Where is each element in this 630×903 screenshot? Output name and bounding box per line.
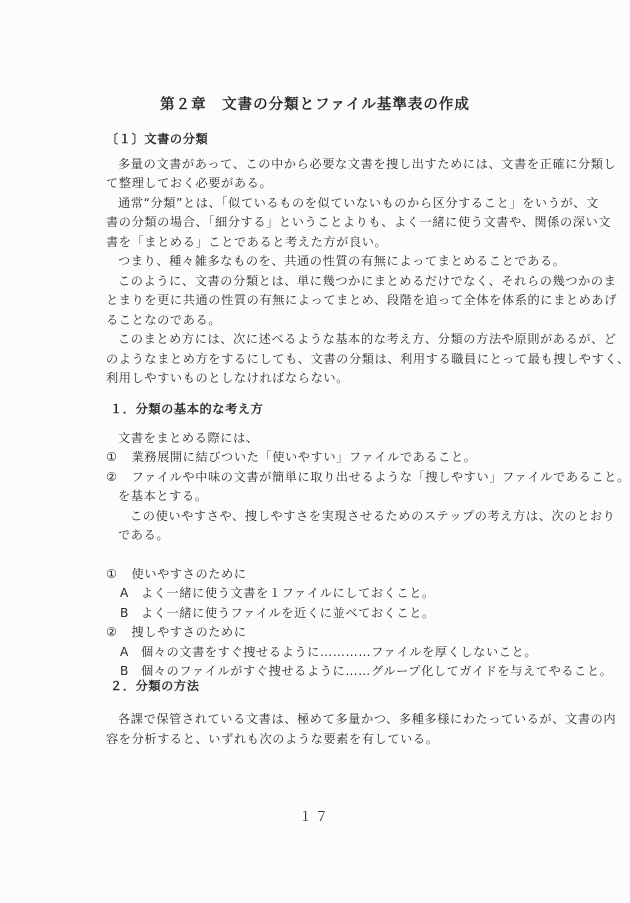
step-subitem: Aよく一緒に使う文書を１ファイルにしておくこと。	[120, 585, 435, 601]
subitem-text: 個々の文書をすぐ捜せるように…………ファイルを厚くしないこと。	[141, 645, 537, 659]
paragraph-line: つまり、種々雑多なものを、共通の性質の有無によってまとめることである。	[118, 253, 566, 269]
step-label: 捜しやすさのために	[132, 625, 247, 639]
section-heading: 〔１〕文書の分類	[106, 131, 208, 147]
list-item-text: 業務展開に結びついた「使いやすい」ファイルであること。	[132, 450, 477, 464]
paragraph-line: 容を分析すると、いずれも次のような要素を有している。	[106, 731, 438, 747]
paragraph-line: 通常“分類”とは、「似ているものを似ていないものから区分すること」をいうが、文	[118, 195, 599, 211]
list-marker: ①	[106, 450, 118, 464]
paragraph-line: である。	[118, 527, 169, 543]
subitem-text: 個々のファイルがすぐ捜せるように……グループ化してガイドを与えてやること。	[141, 664, 613, 678]
subsection-heading: ２．分類の方法	[110, 678, 200, 694]
subitem-marker: B	[120, 664, 129, 678]
step-subitem: Bよく一緒に使うファイルを近くに並べておくこと。	[120, 605, 435, 621]
step-marker: ①	[106, 567, 118, 581]
paragraph-line: このまとめ方には、次に述べるような基本的な考え方、分類の方法や原則があるが、ど	[118, 331, 617, 347]
subitem-marker: B	[120, 606, 129, 620]
paragraph-line: 利用しやすいものとしなければならない。	[106, 370, 349, 386]
chapter-title: 第２章 文書の分類とファイル基準表の作成	[0, 93, 630, 114]
subitem-marker: A	[120, 586, 129, 600]
paragraph-line: この使いやすさや、捜しやすさを実現させるためのステップの考え方は、次のとおり	[130, 508, 615, 524]
step-item: ②捜しやすさのために	[106, 624, 247, 640]
subitem-text: よく一緒に使うファイルを近くに並べておくこと。	[141, 606, 435, 620]
step-subitem: A個々の文書をすぐ捜せるように…………ファイルを厚くしないこと。	[120, 644, 537, 660]
step-marker: ②	[106, 625, 118, 639]
paragraph-line: このように、文書の分類とは、単に幾つかにまとめるだけでなく、それらの幾つかのま	[118, 273, 616, 289]
paragraph-line: 多量の文書があって、この中から必要な文書を捜し出すためには、文書を正確に分類し	[118, 156, 616, 172]
paragraph-line: 各課で保管されている文書は、極めて多量かつ、多種多様にわたっているが、文書の内	[118, 711, 616, 727]
step-subitem: B個々のファイルがすぐ捜せるように……グループ化してガイドを与えてやること。	[120, 663, 613, 679]
intro-text: 文書をまとめる際には、	[118, 430, 259, 446]
paragraph-line: とまりを更に共通の性質の有無によってまとめ、段階を追って全体を体系的にまとめあげ	[106, 292, 617, 308]
subsection-heading: １．分類の基本的な考え方	[110, 401, 263, 417]
list-item: ②ファイルや中味の文書が簡単に取り出せるような「捜しやすい」ファイルであること。	[106, 469, 630, 485]
conclusion-text: を基本とする。	[118, 488, 208, 504]
list-item-text: ファイルや中味の文書が簡単に取り出せるような「捜しやすい」ファイルであること。	[132, 470, 630, 484]
step-item: ①使いやすさのために	[106, 566, 247, 582]
step-label: 使いやすさのために	[132, 567, 247, 581]
page-number: １７	[0, 806, 630, 825]
document-page: 第２章 文書の分類とファイル基準表の作成 〔１〕文書の分類 多量の文書があって、…	[0, 0, 630, 903]
paragraph-line: て整理しておく必要がある。	[106, 175, 272, 191]
paragraph-line: 書の分類の場合、「細分する」ということよりも、よく一緒に使う文書や、関係の深い文	[106, 214, 611, 230]
list-item: ①業務展開に結びついた「使いやすい」ファイルであること。	[106, 449, 477, 465]
paragraph-line: ることなのである。	[106, 312, 221, 328]
subitem-text: よく一緒に使う文書を１ファイルにしておくこと。	[141, 586, 435, 600]
list-marker: ②	[106, 470, 118, 484]
subitem-marker: A	[120, 645, 129, 659]
paragraph-line: 書を「まとめる」ことであると考えた方が良い。	[106, 234, 387, 250]
paragraph-line: のようなまとめ方をするにしても、文書の分類は、利用する職員にとって最も捜しやすく…	[106, 351, 630, 367]
